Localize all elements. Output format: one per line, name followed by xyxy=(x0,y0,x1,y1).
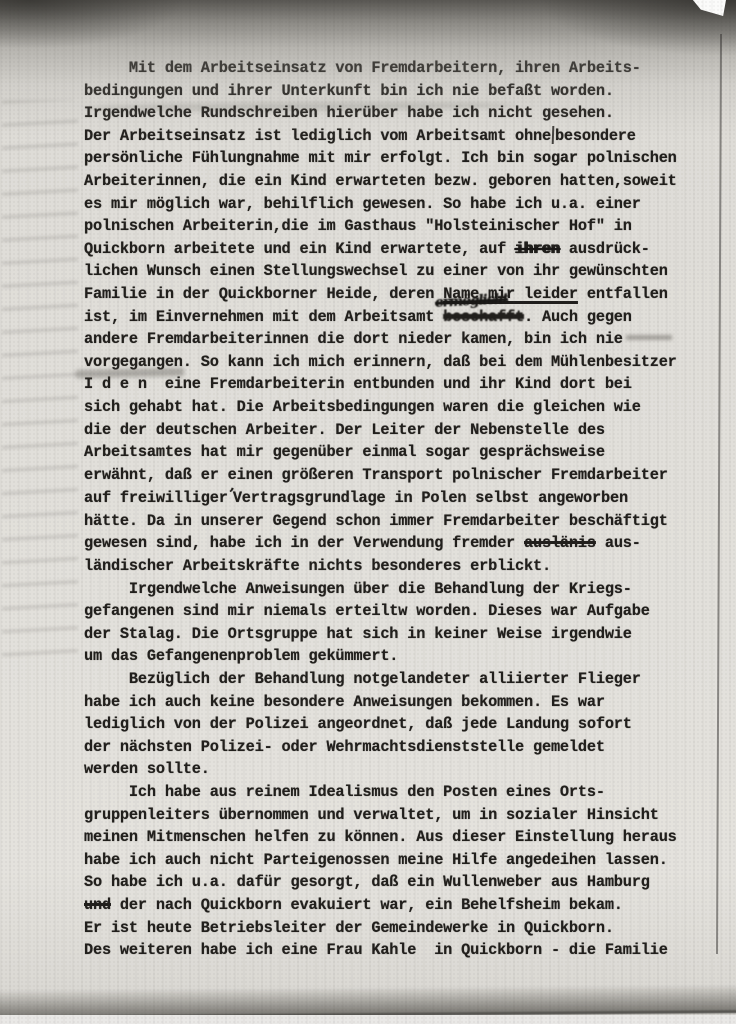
text-segment-smear xyxy=(626,335,672,340)
text-segment: auf freiwilliger xyxy=(84,489,228,507)
text-segment: Vertragsgrundlage in Polen selbst angewo… xyxy=(233,489,628,507)
text-segment: um das Gefangenenproblem gekümmert. xyxy=(84,647,398,665)
text-line: gruppenleiters übernommen und verwaltet,… xyxy=(84,804,724,827)
text-segment: der nächsten Polizei- oder Wehrmachtsdie… xyxy=(84,738,605,756)
text-segment: gefangenen sind mir niemals erteiltw wor… xyxy=(84,602,650,620)
text-line: ist, im Einvernehmen mit dem Arbeitsamt … xyxy=(84,306,724,329)
text-segment: ausdrück- xyxy=(560,240,650,258)
text-segment: die der deutschen Arbeiter. Der Leiter d… xyxy=(84,421,605,439)
text-segment: Arbeiterinnen, die ein Kind erwarteten b… xyxy=(84,172,677,190)
text-segment: werden sollte. xyxy=(84,760,210,778)
text-line: Irgendwelche Anweisungen über die Behand… xyxy=(84,578,724,601)
text-segment: hätte. Da in unserer Gegend schon immer … xyxy=(84,512,668,530)
text-segment: Irgendwelche Rundschreiben hierüber habe… xyxy=(84,104,614,122)
text-segment: ländischer Arbeitskräfte nichts besonder… xyxy=(84,557,551,575)
text-segment-strike: und xyxy=(84,896,111,914)
text-line: um das Gefangenenproblem gekümmert. xyxy=(84,645,724,668)
text-segment: erwähnt, daß er einen größeren Transport… xyxy=(84,466,668,484)
text-line: Des weiteren habe ich eine Frau Kahle in… xyxy=(84,939,724,962)
text-segment: es mir möglich war, behilflich gewesen. … xyxy=(84,195,641,213)
text-line: der Stalag. Die Ortsgruppe hat sich in k… xyxy=(84,623,724,646)
text-line: auf freiwilligerʼVertragsgrundlage in Po… xyxy=(84,486,724,510)
paper-corner-notch xyxy=(690,0,726,16)
text-line: meinen Mitmenschen helfen zu können. Aus… xyxy=(84,826,724,849)
text-line: gewesen sind, habe ich in der Verwendung… xyxy=(84,532,724,555)
text-segment-smudge-under: vorgegangen. xyxy=(84,353,192,371)
scan-bottom-edge xyxy=(0,984,736,1019)
text-segment: lichen Wunsch einen Stellungswechsel zu … xyxy=(84,262,668,280)
text-segment: I d e n eine Fremdarbeiterin entbunden u… xyxy=(84,375,632,393)
text-line: Arbeiterinnen, die ein Kind erwarteten b… xyxy=(84,170,724,193)
text-segment: Bezüglich der Behandlung notgelandeter a… xyxy=(84,670,641,688)
text-segment: habe ich auch nicht Parteigenossen meine… xyxy=(84,851,668,869)
text-segment: bedingungen und ihrer Unterkunft bin ich… xyxy=(84,82,614,100)
text-line: habe ich auch keine besondere Anweisunge… xyxy=(84,691,724,714)
text-line: Mit dem Arbeitseinsatz von Fremdarbeiter… xyxy=(84,57,724,80)
text-segment: persönliche Fühlungnahme mit mir erfolgt… xyxy=(84,149,677,167)
text-line: So habe ich u.a. dafür gesorgt, daß ein … xyxy=(84,871,724,894)
scanned-document-page: Mit dem Arbeitseinsatz von Fremdarbeiter… xyxy=(0,0,736,1024)
text-segment: Mit dem Arbeitseinsatz von Fremdarbeiter… xyxy=(84,59,641,77)
text-line: I d e n eine Fremdarbeiterin entbunden u… xyxy=(84,373,724,396)
text-segment: Ich habe aus reinem Idealismus den Poste… xyxy=(84,783,605,801)
text-segment: Der Arbeitseinsatz ist lediglich vom Arb… xyxy=(84,127,551,145)
text-line: bedingungen und ihrer Unterkunft bin ich… xyxy=(84,80,724,103)
text-segment: . Auch gegen xyxy=(524,308,632,326)
text-segment-vbar xyxy=(552,126,555,144)
text-line: die der deutschen Arbeiter. Der Leiter d… xyxy=(84,419,724,442)
text-line: sich gehabt hat. Die Arbeitsbedingungen … xyxy=(84,396,724,419)
text-segment: Familie in der Quickborner Heide, deren xyxy=(84,285,443,303)
text-segment-strike: auslänis xyxy=(524,534,596,552)
text-segment: gruppenleiters übernommen und verwaltet,… xyxy=(84,806,659,824)
text-line: gefangenen sind mir niemals erteiltw wor… xyxy=(84,600,724,623)
text-line: vorgegangen. So kann ich mich erinnern, … xyxy=(84,351,724,374)
text-segment: der Stalag. Die Ortsgruppe hat sich in k… xyxy=(84,625,632,643)
text-segment: gewesen sind, habe ich in der Verwendung… xyxy=(84,534,524,552)
text-line: Quickborn arbeitete und ein Kind erwarte… xyxy=(84,238,724,261)
text-line: erwähnt, daß er einen größeren Transport… xyxy=(84,464,724,487)
text-line: werden sollte. xyxy=(84,758,724,781)
text-block: Mit dem Arbeitseinsatz von Fremdarbeiter… xyxy=(84,57,724,962)
text-segment: besondere xyxy=(555,127,636,145)
text-segment: meinen Mitmenschen helfen zu können. Aus… xyxy=(84,828,677,846)
text-line: persönliche Fühlungnahme mit mir erfolgt… xyxy=(84,147,724,170)
text-line: Ich habe aus reinem Idealismus den Poste… xyxy=(84,781,724,804)
text-segment-strike-heavy: beschafft xyxy=(443,308,524,326)
text-segment: der nach Quickborn evakuiert war, ein Be… xyxy=(111,896,623,914)
corrected-word: ermöglichtbeschafft xyxy=(443,306,524,329)
text-segment: aus- xyxy=(596,534,641,552)
text-segment: andere Fremdarbeiterinnen die dort niede… xyxy=(84,330,623,348)
scanner-background xyxy=(0,1015,736,1024)
text-segment: Er ist heute Betriebsleiter der Gemeinde… xyxy=(84,919,614,937)
text-segment-overtype: ihren xyxy=(515,240,560,258)
text-segment: Irgendwelche Anweisungen über die Behand… xyxy=(84,580,632,598)
text-segment: entfallen xyxy=(578,285,668,303)
text-line: lichen Wunsch einen Stellungswechsel zu … xyxy=(84,260,724,283)
text-line: Familie in der Quickborner Heide, deren … xyxy=(84,283,724,306)
text-segment: Quickborn arbeitete und ein Kind erwarte… xyxy=(84,240,515,258)
text-line: und der nach Quickborn evakuiert war, ei… xyxy=(84,894,724,917)
text-line: Arbeitsamtes hat mir gegenüber einmal so… xyxy=(84,441,724,464)
margin-bleedthrough-ghost-text xyxy=(2,100,78,660)
text-line: ländischer Arbeitskräfte nichts besonder… xyxy=(84,555,724,578)
text-line: andere Fremdarbeiterinnen die dort niede… xyxy=(84,328,724,351)
text-segment: So habe ich u.a. dafür gesorgt, daß ein … xyxy=(84,873,650,891)
text-line: der nächsten Polizei- oder Wehrmachtsdie… xyxy=(84,736,724,759)
text-segment: polnischen Arbeiterin,die im Gasthaus "H… xyxy=(84,217,632,235)
text-line: lediglich von der Polizei angeordnet, da… xyxy=(84,713,724,736)
text-segment: ist, im Einvernehmen mit dem Arbeitsamt xyxy=(84,308,443,326)
text-line: Irgendwelche Rundschreiben hierüber habe… xyxy=(84,102,724,125)
text-line: Er ist heute Betriebsleiter der Gemeinde… xyxy=(84,917,724,940)
text-line: hätte. Da in unserer Gegend schon immer … xyxy=(84,510,724,533)
text-segment: sich gehabt hat. Die Arbeitsbedingungen … xyxy=(84,398,641,416)
text-line: polnischen Arbeiterin,die im Gasthaus "H… xyxy=(84,215,724,238)
text-segment: Des weiteren habe ich eine Frau Kahle in… xyxy=(84,941,668,959)
text-segment: lediglich von der Polizei angeordnet, da… xyxy=(84,715,632,733)
text-segment: Arbeitsamtes hat mir gegenüber einmal so… xyxy=(84,443,605,461)
text-segment: So kann ich mich erinnern, daß bei dem M… xyxy=(192,353,677,371)
text-line: habe ich auch nicht Parteigenossen meine… xyxy=(84,849,724,872)
text-segment: habe ich auch keine besondere Anweisunge… xyxy=(84,693,605,711)
text-line: es mir möglich war, behilflich gewesen. … xyxy=(84,193,724,216)
text-line: Der Arbeitseinsatz ist lediglich vom Arb… xyxy=(84,125,724,148)
text-line: Bezüglich der Behandlung notgelandeter a… xyxy=(84,668,724,691)
